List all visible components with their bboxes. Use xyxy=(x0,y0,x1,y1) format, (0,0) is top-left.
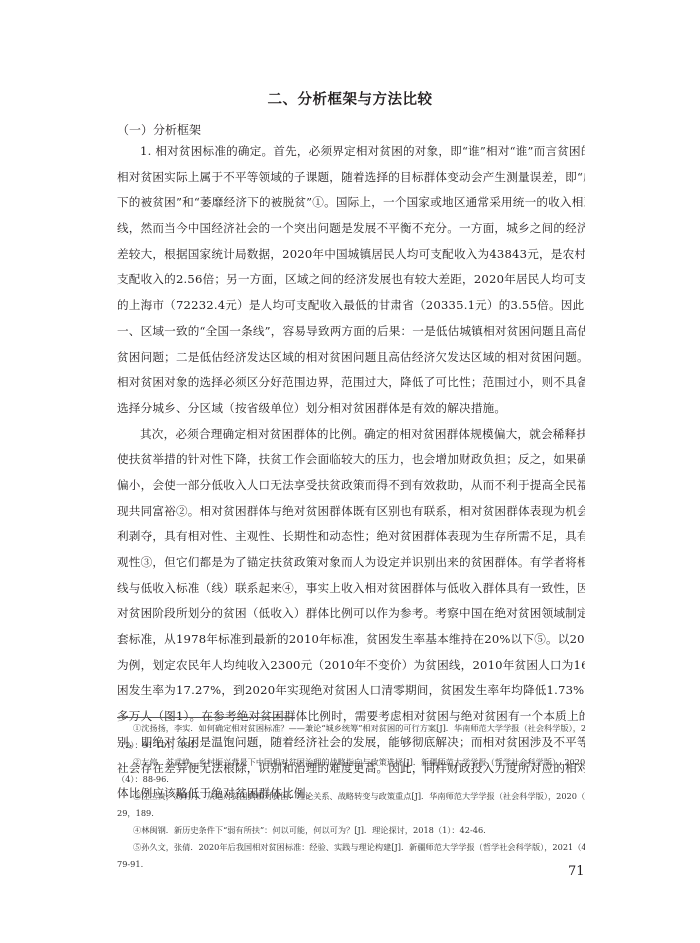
text-line: 相对贫困实际上属于不平等领域的子课题，随着选择的目标群体变动会产生测量误差，即“… xyxy=(117,165,585,191)
footnote-line: ②左停，苏武峥．乡村振兴背景下中国相对贫困治理的战略指向与政策选择[J]．新疆师… xyxy=(117,754,585,771)
footnote-line: ③汪三贵，刘明月．从绝对贫困到相对贫困：理论关系、战略转变与政策重点[J]．华南… xyxy=(117,788,585,805)
text-line: 相对贫困对象的选择必须区分好范围边界，范围过大，降低了可比性；范围过小，则不具备… xyxy=(117,370,585,396)
text-line: 利剥夺，具有相对性、主观性、长期性和动态性；绝对贫困群体表现为生存所需不足，具有… xyxy=(117,524,585,550)
footnote-4: ④林闽钢．新历史条件下“弱有所扶”：何以可能，何以可为？[J]．理论探讨，201… xyxy=(117,822,585,839)
text-line: 偏小，会使一部分低收入人口无法享受扶贫政策而得不到有效救助，从而不利于提高全民福… xyxy=(117,473,585,499)
document-page: 二、分析框架与方法比较 （一）分析框架 1. 相对贫困标准的确定。首先，必须界定… xyxy=(0,0,700,943)
text-line: 1. 相对贫困标准的确定。首先，必须界定相对贫困的对象，即“谁”相对“谁”而言贫… xyxy=(117,139,585,165)
text-line: 困发生率为17.27%，到2020年实现绝对贫困人口清零期间，贫困发生率年均降低… xyxy=(117,678,585,704)
footnote-line: ⑤孙久文，张倩．2020年后我国相对贫困标准：经验、实践与理论构建[J]．新疆师… xyxy=(117,839,585,856)
body-text: 1. 相对贫困标准的确定。首先，必须界定相对贫困的对象，即“谁”相对“谁”而言贫… xyxy=(117,139,585,807)
footnote-line: （4）：88-96. xyxy=(117,771,585,788)
footnote-line: ④林闽钢．新历史条件下“弱有所扶”：何以可能，何以可为？[J]．理论探讨，201… xyxy=(117,822,585,839)
text-line: 的上海市（72232.4元）是人均可支配收入最低的甘肃省（20335.1元）的3… xyxy=(117,293,585,319)
footnote-divider xyxy=(117,717,295,718)
text-line: 使扶贫举措的针对性下降，扶贫工作会面临较大的压力，也会增加财政负担；反之，如果确… xyxy=(117,447,585,473)
footnote-3: ③汪三贵，刘明月．从绝对贫困到相对贫困：理论关系、战略转变与政策重点[J]．华南… xyxy=(117,788,585,822)
text-line: 差较大，根据国家统计局数据，2020年中国城镇居民人均可支配收入为43843元，… xyxy=(117,242,585,268)
section-title: 二、分析框架与方法比较 xyxy=(0,88,700,109)
text-line: 其次，必须合理确定相对贫困群体的比例。确定的相对贫困群体规模偏大，就会稀释扶贫资… xyxy=(117,422,585,448)
text-line: 选择分城乡、分区域（按省级单位）划分相对贫困群体是有效的解决措施。 xyxy=(117,396,585,422)
text-line: 一、区域一致的“全国一条线”，容易导致两方面的后果：一是低估城镇相对贫困问题且高… xyxy=(117,319,585,345)
text-line: 下的被贫困”和“萎靡经济下的被脱贫”①。国际上，一个国家或地区通常采用统一的收入… xyxy=(117,190,585,216)
text-line: 观性③，但它们都是为了锚定扶贫政策对象而人为设定并识别出来的贫困群体。有学者将相… xyxy=(117,550,585,576)
footnote-1: ①沈扬扬，李实．如何确定相对贫困标准？——兼论“城乡统筹”相对贫困的可行方案[J… xyxy=(117,720,585,754)
footnote-line: （2）：91-101，191. xyxy=(117,737,585,754)
text-line: 现共同富裕②。相对贫困群体与绝对贫困群体既有区别也有联系，相对贫困群体表现为机会… xyxy=(117,499,585,525)
footnote-line: 79-91. xyxy=(117,856,585,873)
footnote-2: ②左停，苏武峥．乡村振兴背景下中国相对贫困治理的战略指向与政策选择[J]．新疆师… xyxy=(117,754,585,788)
text-line: 贫困问题；二是低估经济发达区域的相对贫困问题且高估经济欠发达区域的相对贫困问题。… xyxy=(117,345,585,371)
page-number: 71 xyxy=(568,864,585,879)
paragraph: 1. 相对贫困标准的确定。首先，必须界定相对贫困的对象，即“谁”相对“谁”而言贫… xyxy=(117,139,585,422)
text-line: 线，然而当今中国经济社会的一个突出问题是发展不平衡不充分。一方面，城乡之间的经济… xyxy=(117,216,585,242)
text-line: 为例，划定农民年人均纯收入2300元（2010年不变价）为贫困线，2010年贫困… xyxy=(117,653,585,679)
footnote-5: ⑤孙久文，张倩．2020年后我国相对贫困标准：经验、实践与理论构建[J]．新疆师… xyxy=(117,839,585,873)
text-line: 套标准，从1978年标准到最新的2010年标准，贫困发生率基本维持在20%以下⑤… xyxy=(117,627,585,653)
subsection-title: （一）分析框架 xyxy=(117,121,201,138)
text-line: 对贫困阶段所划分的贫困（低收入）群体比例可以作为参考。考察中国在绝对贫困领域制定… xyxy=(117,601,585,627)
footnotes: ①沈扬扬，李实．如何确定相对贫困标准？——兼论“城乡统筹”相对贫困的可行方案[J… xyxy=(117,720,585,873)
footnote-line: ①沈扬扬，李实．如何确定相对贫困标准？——兼论“城乡统筹”相对贫困的可行方案[J… xyxy=(117,720,585,737)
text-line: 支配收入的2.56倍；另一方面，区域之间的经济发展也有较大差距，2020年居民人… xyxy=(117,267,585,293)
footnote-line: 29，189. xyxy=(117,805,585,822)
text-line: 线与低收入标准（线）联系起来④，事实上收入相对贫困群体与低收入群体具有一致性，因… xyxy=(117,576,585,602)
